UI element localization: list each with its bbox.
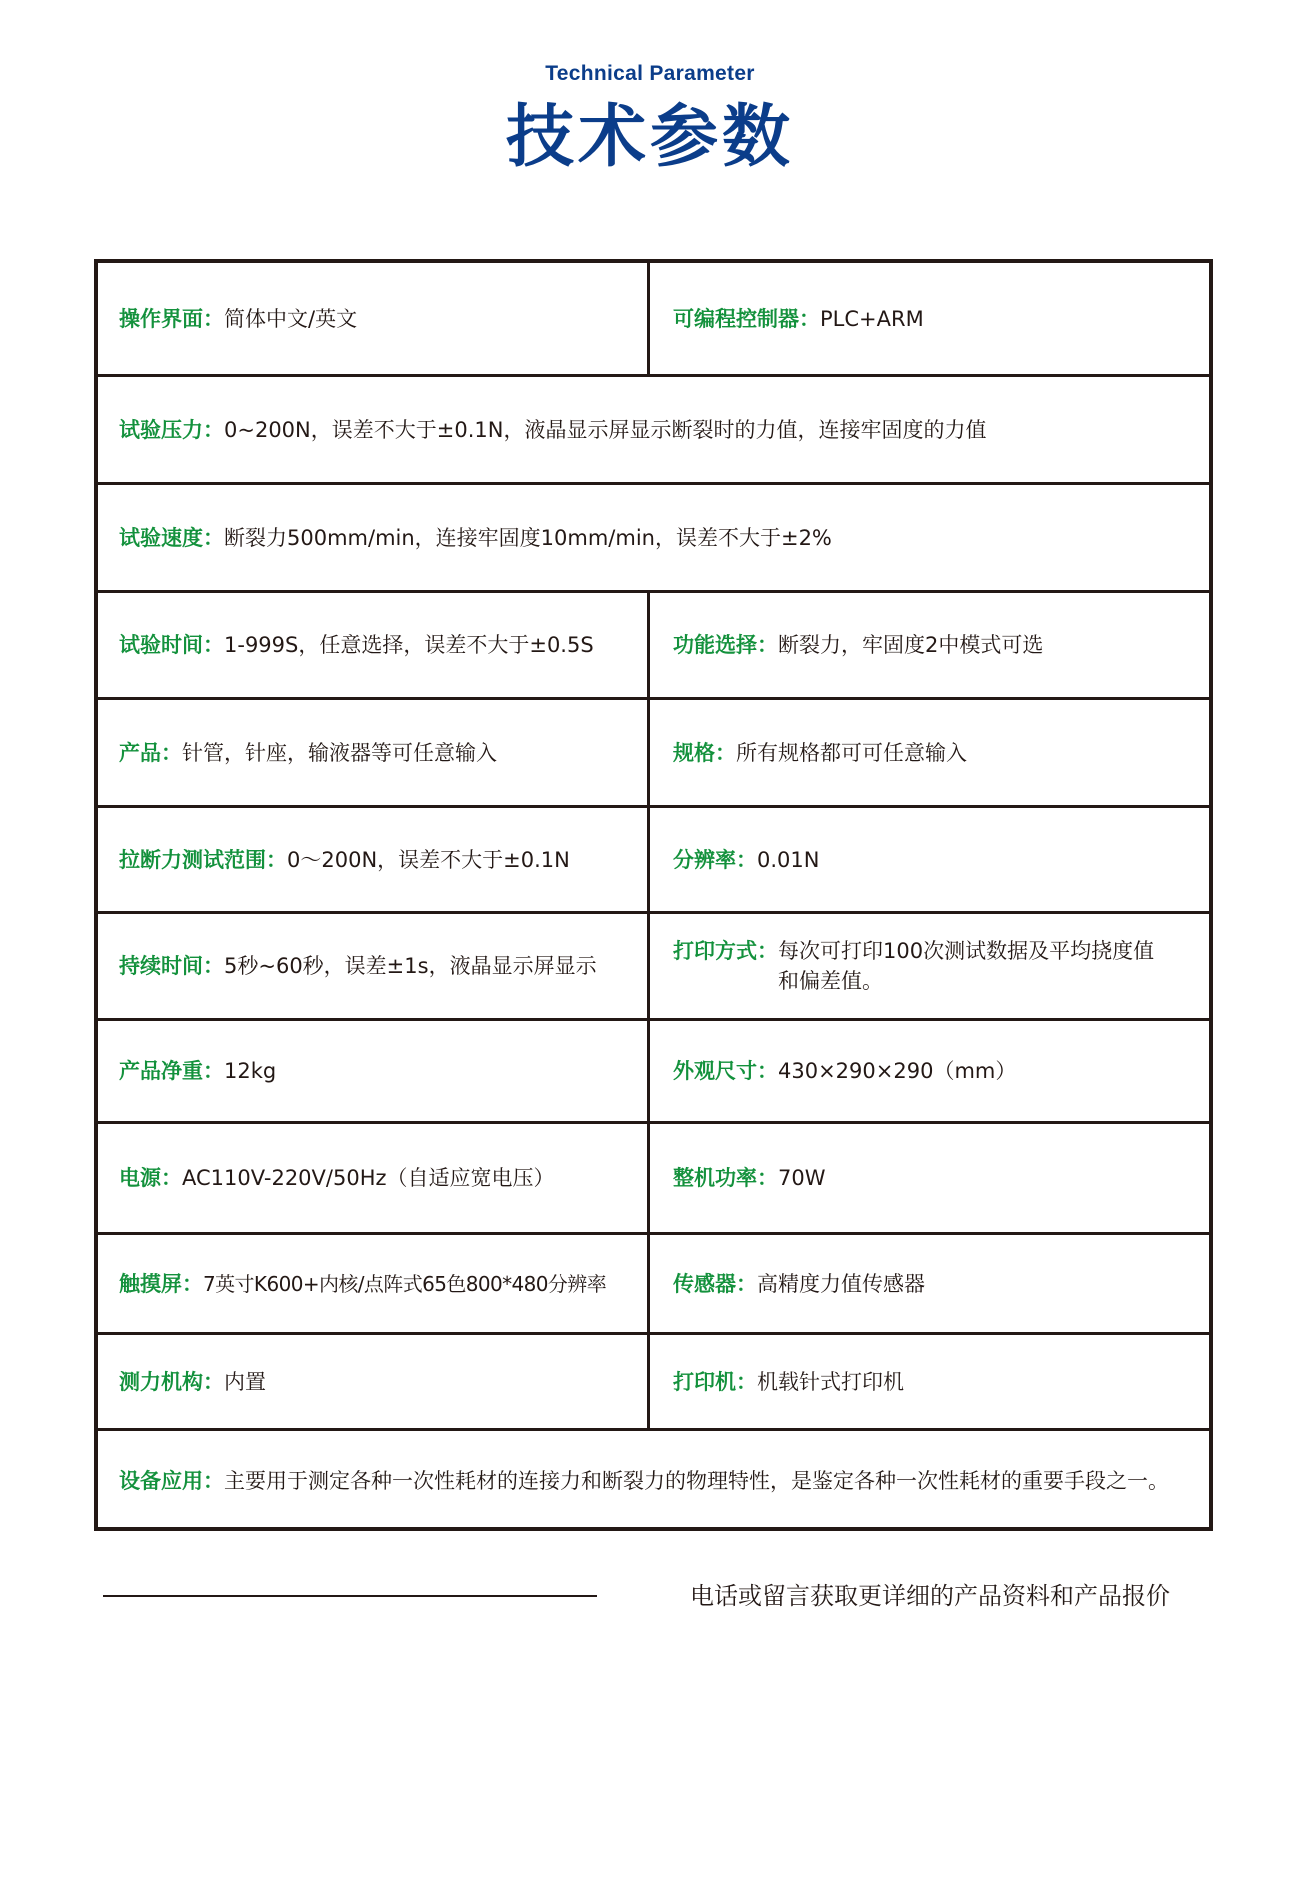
- spec-value: 针管，针座，输液器等可任意输入: [182, 738, 497, 768]
- spec-value: 主要用于测定各种一次性耗材的连接力和断裂力的物理特性，是鉴定各种一次性耗材的重要…: [224, 1466, 1169, 1496]
- spec-value: 每次可打印100次测试数据及平均挠度值和偏差值。: [778, 936, 1173, 996]
- spec-table: 操作界面：简体中文/英文可编程控制器：PLC+ARM试验压力：0~200N，误差…: [94, 259, 1213, 1531]
- spec-cell: 打印机：机载针式打印机: [650, 1335, 1209, 1428]
- spec-value: 70W: [778, 1163, 826, 1193]
- spec-row: 产品：针管，针座，输液器等可任意输入规格：所有规格都可可任意输入: [98, 697, 1209, 805]
- spec-cell: 可编程控制器：PLC+ARM: [650, 263, 1209, 374]
- spec-row: 操作界面：简体中文/英文可编程控制器：PLC+ARM: [98, 263, 1209, 374]
- spec-label: 拉断力测试范围：: [119, 845, 287, 875]
- spec-cell: 试验时间：1-999S，任意选择，误差不大于±0.5S: [98, 593, 650, 697]
- spec-cell: 分辨率：0.01N: [650, 808, 1209, 911]
- page-title: 技术参数: [0, 96, 1300, 180]
- spec-label: 触摸屏：: [119, 1269, 203, 1299]
- spec-row: 触摸屏：7英寸K600+内核/点阵式65色800*480分辨率传感器：高精度力值…: [98, 1232, 1209, 1332]
- spec-label: 分辨率：: [673, 845, 757, 875]
- spec-label: 试验速度：: [119, 523, 224, 553]
- spec-value: 0～200N，误差不大于±0.1N: [287, 845, 570, 875]
- spec-cell: 测力机构：内置: [98, 1335, 650, 1428]
- spec-cell: 操作界面：简体中文/英文: [98, 263, 650, 374]
- spec-cell: 传感器：高精度力值传感器: [650, 1235, 1209, 1332]
- spec-label: 打印机：: [673, 1367, 757, 1397]
- spec-row: 试验速度：断裂力500mm/min，连接牢固度10mm/min，误差不大于±2%: [98, 482, 1209, 590]
- spec-value: 简体中文/英文: [224, 304, 357, 334]
- spec-row: 拉断力测试范围：0～200N，误差不大于±0.1N分辨率：0.01N: [98, 805, 1209, 911]
- spec-label: 设备应用：: [119, 1466, 224, 1496]
- spec-label: 产品净重：: [119, 1056, 224, 1086]
- spec-label: 打印方式：: [673, 936, 778, 966]
- spec-cell: 试验压力：0~200N，误差不大于±0.1N，液晶显示屏显示断裂时的力值，连接牢…: [98, 377, 1209, 482]
- spec-cell: 持续时间：5秒~60秒，误差±1s，液晶显示屏显示: [98, 914, 650, 1018]
- spec-cell: 设备应用：主要用于测定各种一次性耗材的连接力和断裂力的物理特性，是鉴定各种一次性…: [98, 1431, 1209, 1531]
- spec-value: 1-999S，任意选择，误差不大于±0.5S: [224, 630, 594, 660]
- spec-value: 机载针式打印机: [757, 1367, 904, 1397]
- spec-value: PLC+ARM: [820, 304, 924, 334]
- spec-row: 产品净重：12kg外观尺寸：430×290×290（mm）: [98, 1018, 1209, 1121]
- spec-cell: 整机功率：70W: [650, 1124, 1209, 1232]
- spec-label: 外观尺寸：: [673, 1056, 778, 1086]
- spec-row: 测力机构：内置打印机：机载针式打印机: [98, 1332, 1209, 1428]
- spec-value: AC110V-220V/50Hz（自适应宽电压）: [182, 1163, 555, 1193]
- spec-label: 试验压力：: [119, 415, 224, 445]
- spec-label: 传感器：: [673, 1269, 757, 1299]
- spec-value: 所有规格都可可任意输入: [736, 738, 967, 768]
- spec-value: 内置: [224, 1367, 266, 1397]
- spec-cell: 试验速度：断裂力500mm/min，连接牢固度10mm/min，误差不大于±2%: [98, 485, 1209, 590]
- spec-row: 设备应用：主要用于测定各种一次性耗材的连接力和断裂力的物理特性，是鉴定各种一次性…: [98, 1428, 1209, 1531]
- spec-value: 7英寸K600+内核/点阵式65色800*480分辨率: [203, 1269, 606, 1299]
- spec-cell: 产品净重：12kg: [98, 1021, 650, 1121]
- spec-label: 产品：: [119, 738, 182, 768]
- spec-label: 试验时间：: [119, 630, 224, 660]
- spec-label: 可编程控制器：: [673, 304, 820, 334]
- spec-value: 断裂力500mm/min，连接牢固度10mm/min，误差不大于±2%: [224, 523, 832, 553]
- spec-label: 电源：: [119, 1163, 182, 1193]
- spec-value: 5秒~60秒，误差±1s，液晶显示屏显示: [224, 951, 597, 981]
- spec-value: 断裂力，牢固度2中模式可选: [778, 630, 1043, 660]
- spec-cell: 规格：所有规格都可可任意输入: [650, 700, 1209, 805]
- spec-cell: 产品：针管，针座，输液器等可任意输入: [98, 700, 650, 805]
- spec-label: 操作界面：: [119, 304, 224, 334]
- footer-contact-text: 电话或留言获取更详细的产品资料和产品报价: [690, 1578, 1170, 1614]
- spec-label: 规格：: [673, 738, 736, 768]
- spec-cell: 外观尺寸：430×290×290（mm）: [650, 1021, 1209, 1121]
- footer-divider: [103, 1595, 597, 1597]
- section-subtitle: Technical Parameter: [0, 62, 1300, 86]
- spec-value: 0.01N: [757, 845, 819, 875]
- spec-value: 0~200N，误差不大于±0.1N，液晶显示屏显示断裂时的力值，连接牢固度的力值: [224, 415, 986, 445]
- spec-row: 试验时间：1-999S，任意选择，误差不大于±0.5S功能选择：断裂力，牢固度2…: [98, 590, 1209, 697]
- spec-label: 测力机构：: [119, 1367, 224, 1397]
- spec-value: 12kg: [224, 1056, 276, 1086]
- spec-row: 电源：AC110V-220V/50Hz（自适应宽电压）整机功率：70W: [98, 1121, 1209, 1232]
- spec-label: 整机功率：: [673, 1163, 778, 1193]
- spec-label: 功能选择：: [673, 630, 778, 660]
- spec-value: 430×290×290（mm）: [778, 1056, 1016, 1086]
- spec-cell: 功能选择：断裂力，牢固度2中模式可选: [650, 593, 1209, 697]
- spec-cell: 电源：AC110V-220V/50Hz（自适应宽电压）: [98, 1124, 650, 1232]
- spec-cell: 拉断力测试范围：0～200N，误差不大于±0.1N: [98, 808, 650, 911]
- spec-row: 试验压力：0~200N，误差不大于±0.1N，液晶显示屏显示断裂时的力值，连接牢…: [98, 374, 1209, 482]
- spec-label: 持续时间：: [119, 951, 224, 981]
- spec-row: 持续时间：5秒~60秒，误差±1s，液晶显示屏显示打印方式：每次可打印100次测…: [98, 911, 1209, 1018]
- spec-cell: 触摸屏：7英寸K600+内核/点阵式65色800*480分辨率: [98, 1235, 650, 1332]
- spec-value: 高精度力值传感器: [757, 1269, 925, 1299]
- spec-cell: 打印方式：每次可打印100次测试数据及平均挠度值和偏差值。: [650, 914, 1209, 1018]
